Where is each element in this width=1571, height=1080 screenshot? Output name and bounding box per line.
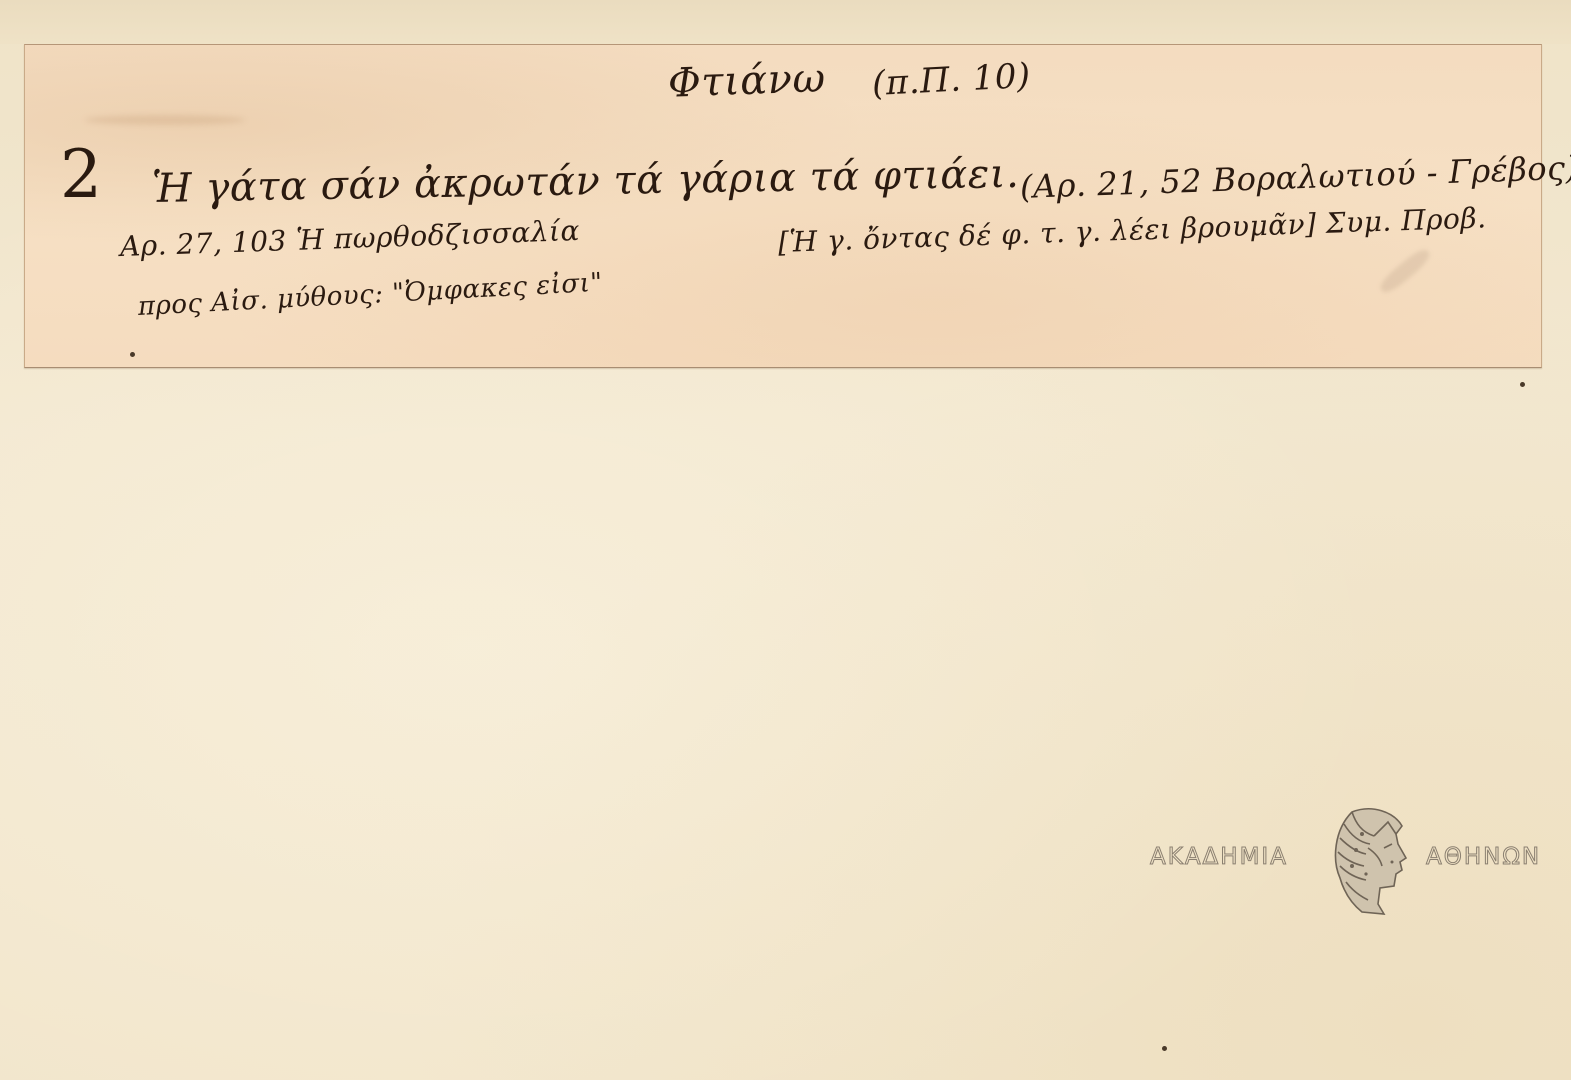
athena-head-icon — [1322, 804, 1414, 916]
headword-reference: (π.Π. 10) — [871, 56, 1032, 104]
ink-speck — [1162, 1046, 1167, 1051]
watermark-text-left: ΑΚΑΔΗΜΙΑ — [1150, 844, 1288, 870]
headword: Φτιάνω — [667, 55, 826, 106]
watermark-text-right: ΑΘΗΝΩΝ — [1426, 844, 1541, 870]
card-top-margin — [0, 0, 1571, 44]
entry-number: 2 — [60, 136, 103, 213]
ink-speck — [130, 352, 135, 357]
faint-stamp-mark — [1377, 246, 1433, 297]
paper-stain — [85, 115, 245, 125]
academy-of-athens-watermark: ΑΚΑΔΗΜΙΑ ΑΘΗΝΩΝ — [1150, 800, 1560, 920]
ink-speck — [1520, 382, 1525, 387]
